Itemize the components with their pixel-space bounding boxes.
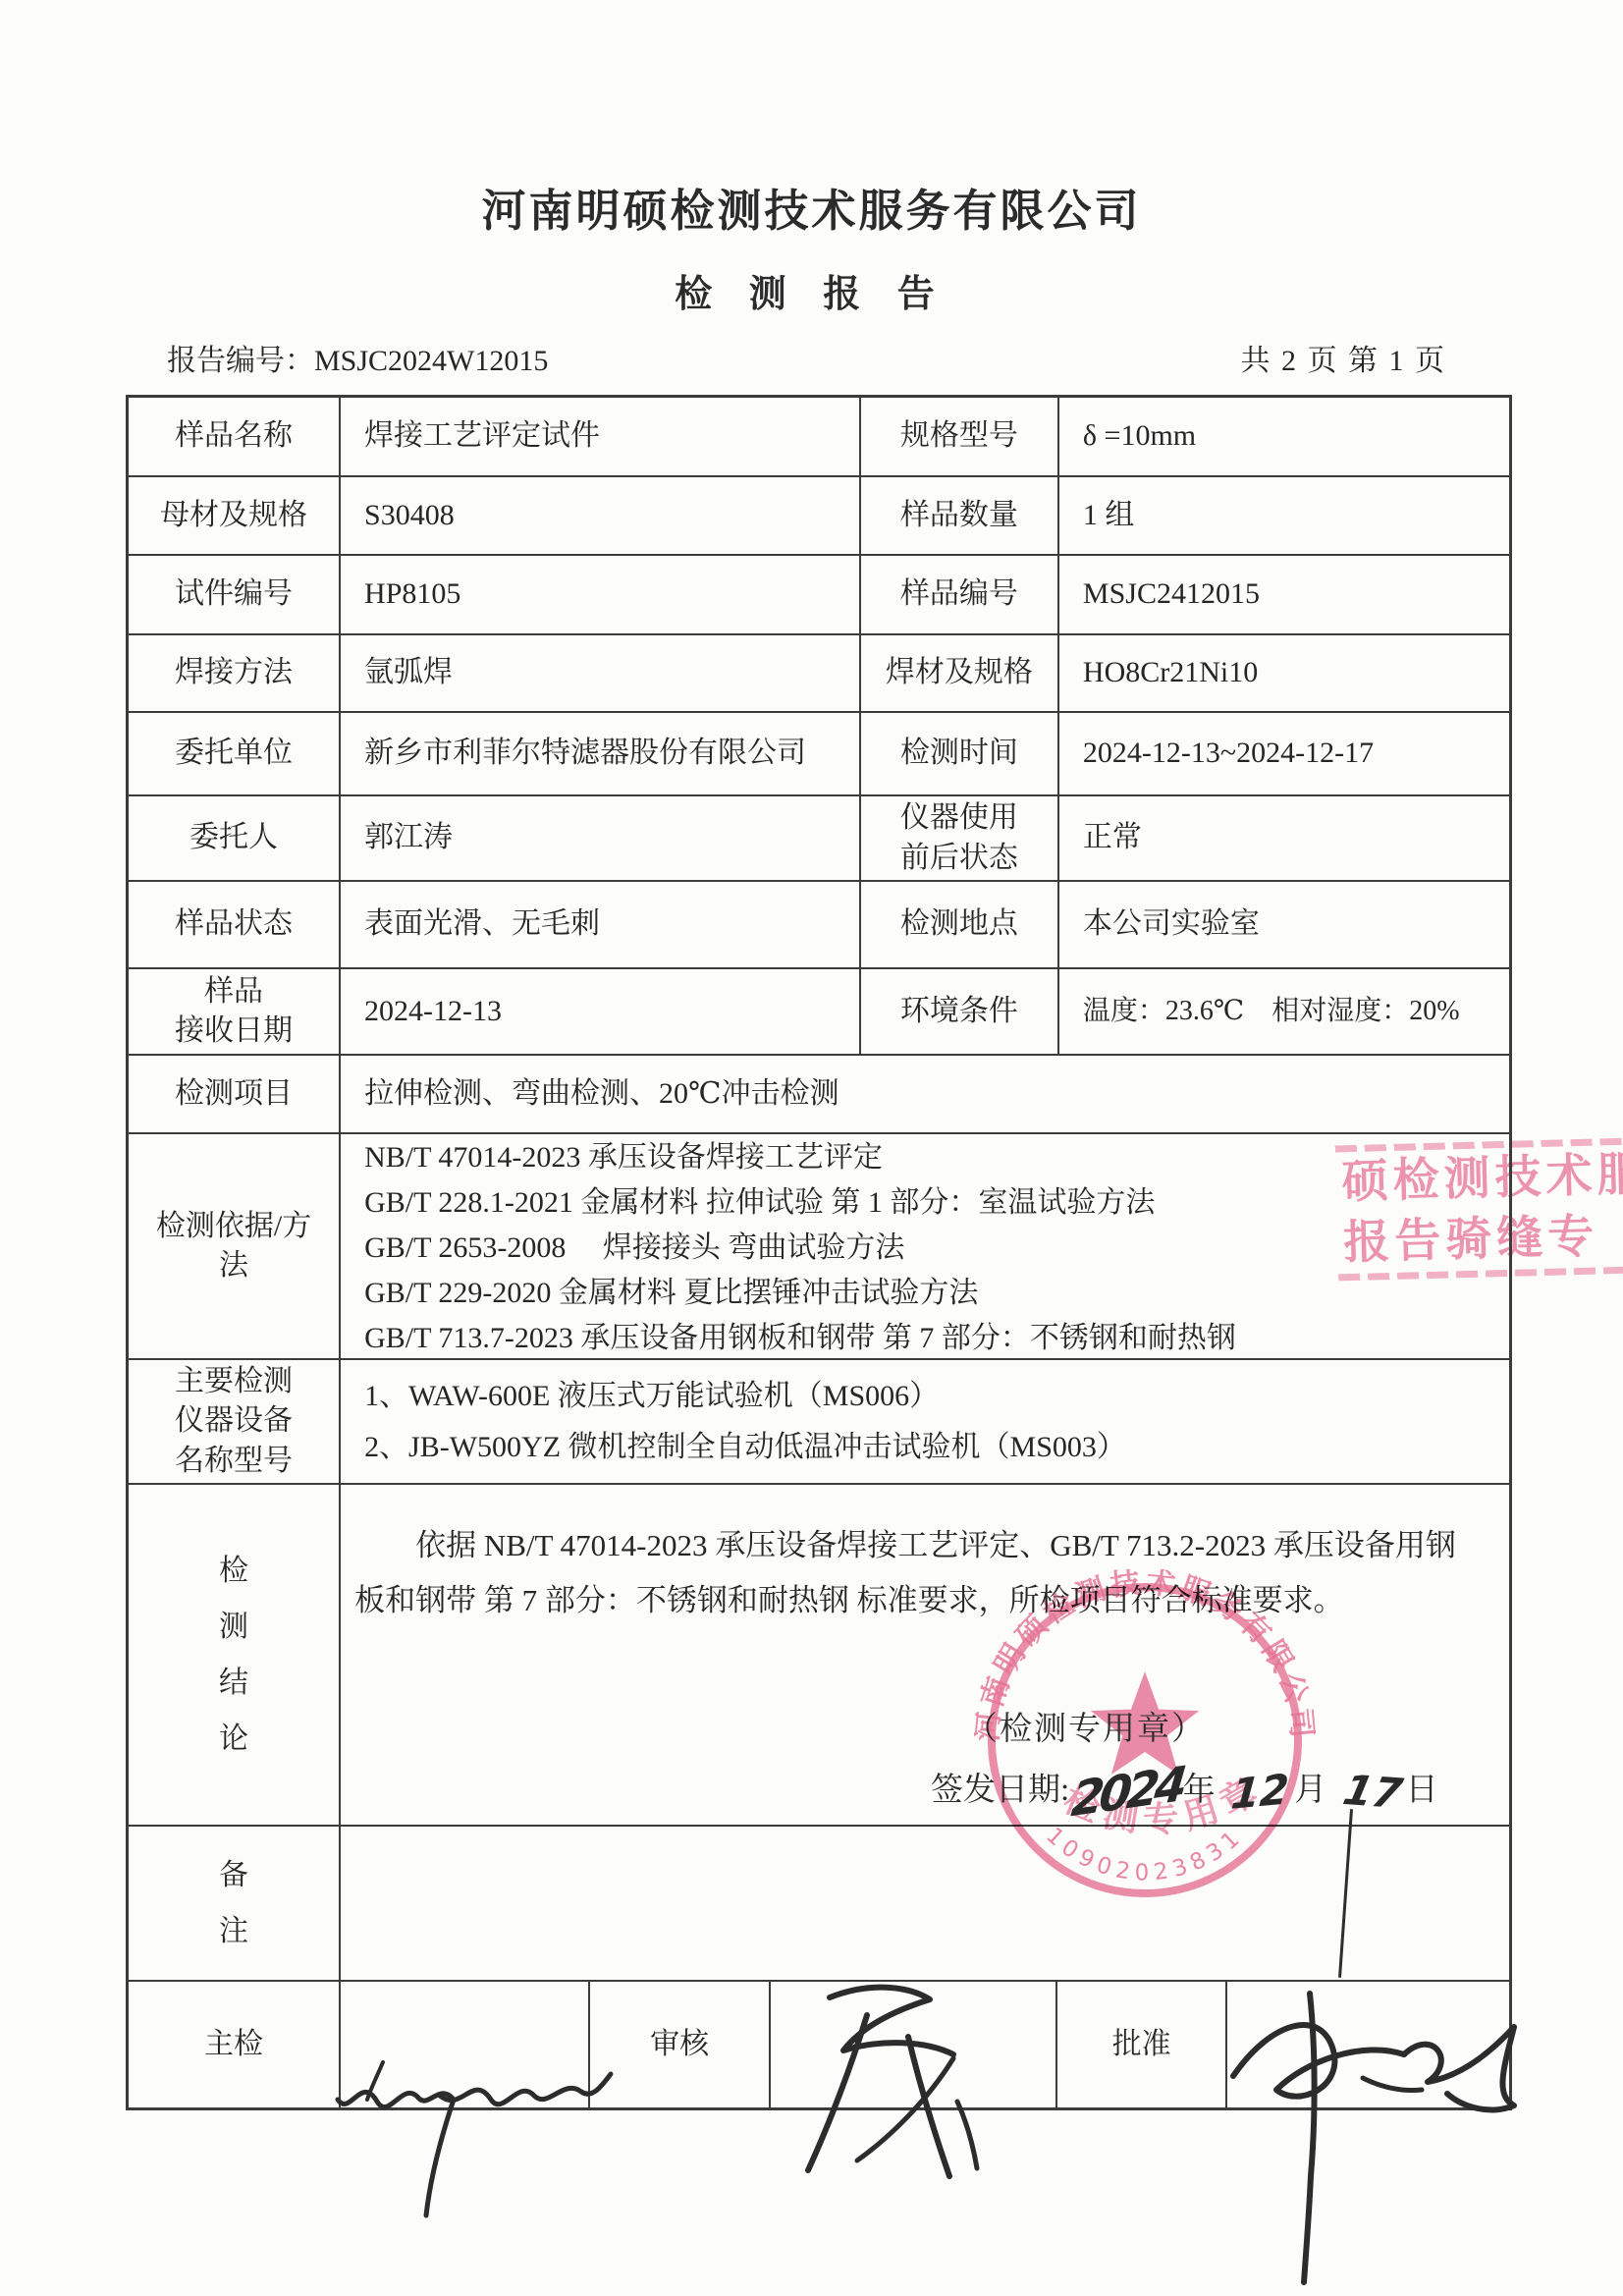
- report-number-label: 报告编号：: [167, 345, 314, 377]
- row-label: 样品名称: [129, 398, 341, 475]
- row-label: 母材及规格: [129, 477, 341, 554]
- row-value: MSJC2412015: [1059, 556, 1509, 633]
- row-value: 表面光滑、无毛刺: [341, 882, 861, 967]
- document-title: 检 测 报 告: [0, 263, 1623, 317]
- row-value: 2024-12-13~2024-12-17: [1059, 713, 1509, 794]
- reviewer-signature: [761, 1976, 1036, 2202]
- issue-date-day-unit: 日: [1406, 1773, 1438, 1808]
- issue-date-year-handwritten: 2024: [1069, 1756, 1186, 1828]
- row-value: 温度：23.6℃ 相对湿度：20%: [1059, 969, 1509, 1054]
- row-label: 委托人: [129, 796, 341, 880]
- row-value: 郭江涛: [341, 796, 861, 880]
- row-value: 本公司实验室: [1059, 882, 1509, 967]
- company-title: 河南明硕检测技术服务有限公司: [0, 175, 1623, 239]
- issue-date-month-handwritten: 12: [1229, 1765, 1291, 1819]
- row-label: 焊材及规格: [861, 635, 1059, 711]
- row-value: 焊接工艺评定试件: [341, 398, 861, 475]
- row-value: HP8105: [341, 556, 861, 633]
- row-value: 1、WAW-600E 液压式万能试验机（MS006） 2、JB-W500YZ 微…: [341, 1360, 1509, 1483]
- issue-date-year-unit: 年: [1183, 1773, 1216, 1808]
- row-value: NB/T 47014-2023 承压设备焊接工艺评定 GB/T 228.1-20…: [341, 1134, 1509, 1358]
- row-label: 焊接方法: [129, 635, 341, 711]
- pagination: 共 2 页 第 1 页: [1241, 336, 1447, 379]
- row-value: S30408: [341, 477, 861, 554]
- table-row: 焊接方法 氩弧焊 焊材及规格 HO8Cr21Ni10: [129, 635, 1509, 713]
- issue-date-month-unit: 月: [1294, 1773, 1326, 1808]
- row-label: 规格型号: [861, 398, 1059, 475]
- row-label: 委托单位: [129, 713, 341, 794]
- table-row: 样品状态 表面光滑、无毛刺 检测地点 本公司实验室: [129, 882, 1509, 969]
- report-number: 报告编号：MSJC2024W12015: [167, 336, 548, 379]
- row-label: 样品数量: [861, 477, 1059, 554]
- table-row-basis: 检测依据/方 法 NB/T 47014-2023 承压设备焊接工艺评定 GB/T…: [129, 1134, 1509, 1360]
- row-label: 环境条件: [861, 969, 1059, 1054]
- row-value: 拉伸检测、弯曲检测、20℃冲击检测: [341, 1056, 1509, 1132]
- table-row: 母材及规格 S30408 样品数量 1 组: [129, 477, 1509, 556]
- row-value: 1 组: [1059, 477, 1509, 554]
- row-value: 2024-12-13: [341, 969, 861, 1054]
- table-row-test-items: 检测项目 拉伸检测、弯曲检测、20℃冲击检测: [129, 1056, 1509, 1134]
- test-report-page: 河南明硕检测技术服务有限公司 检 测 报 告 报告编号：MSJC2024W120…: [0, 0, 1623, 2296]
- row-value: 氩弧焊: [341, 635, 861, 711]
- seal-caption: （检测专用章）: [965, 1703, 1206, 1749]
- row-label: 检测项目: [129, 1056, 341, 1132]
- inspector-signature: [324, 2023, 619, 2190]
- approver-signature: [1216, 1960, 1540, 2294]
- table-row-instruments: 主要检测 仪器设备 名称型号 1、WAW-600E 液压式万能试验机（MS006…: [129, 1360, 1509, 1485]
- table-row: 样品 接收日期 2024-12-13 环境条件 温度：23.6℃ 相对湿度：20…: [129, 969, 1509, 1056]
- table-row: 试件编号 HP8105 样品编号 MSJC2412015: [129, 556, 1509, 635]
- table-row: 样品名称 焊接工艺评定试件 规格型号 δ =10mm: [129, 398, 1509, 477]
- table-row: 委托人 郭江涛 仪器使用 前后状态 正常: [129, 796, 1509, 882]
- row-label: 样品编号: [861, 556, 1059, 633]
- issue-date-label: 签发日期:: [931, 1773, 1069, 1808]
- row-value: 新乡市利菲尔特滤器股份有限公司: [341, 713, 861, 794]
- row-value: HO8Cr21Ni10: [1059, 635, 1509, 711]
- row-label: 仪器使用 前后状态: [861, 796, 1059, 880]
- approver-label: 批准: [1057, 1982, 1227, 2107]
- report-number-value: MSJC2024W12015: [314, 345, 548, 377]
- table-row: 委托单位 新乡市利菲尔特滤器股份有限公司 检测时间 2024-12-13~202…: [129, 713, 1509, 796]
- row-label: 检测地点: [861, 882, 1059, 967]
- row-label: 备 注: [129, 1827, 341, 1980]
- inspector-label: 主检: [129, 1982, 341, 2107]
- row-label: 检 测 结 论: [129, 1485, 341, 1825]
- remarks-value: [341, 1827, 1509, 1980]
- row-value: 正常: [1059, 796, 1509, 880]
- row-label: 样品 接收日期: [129, 969, 341, 1054]
- issue-date-line: 签发日期:2024年12月17日: [931, 1764, 1440, 1820]
- row-label: 检测依据/方 法: [129, 1134, 341, 1358]
- row-value: δ =10mm: [1059, 398, 1509, 475]
- row-label: 检测时间: [861, 713, 1059, 794]
- row-label: 试件编号: [129, 556, 341, 633]
- row-label: 样品状态: [129, 882, 341, 967]
- row-label: 主要检测 仪器设备 名称型号: [129, 1360, 341, 1483]
